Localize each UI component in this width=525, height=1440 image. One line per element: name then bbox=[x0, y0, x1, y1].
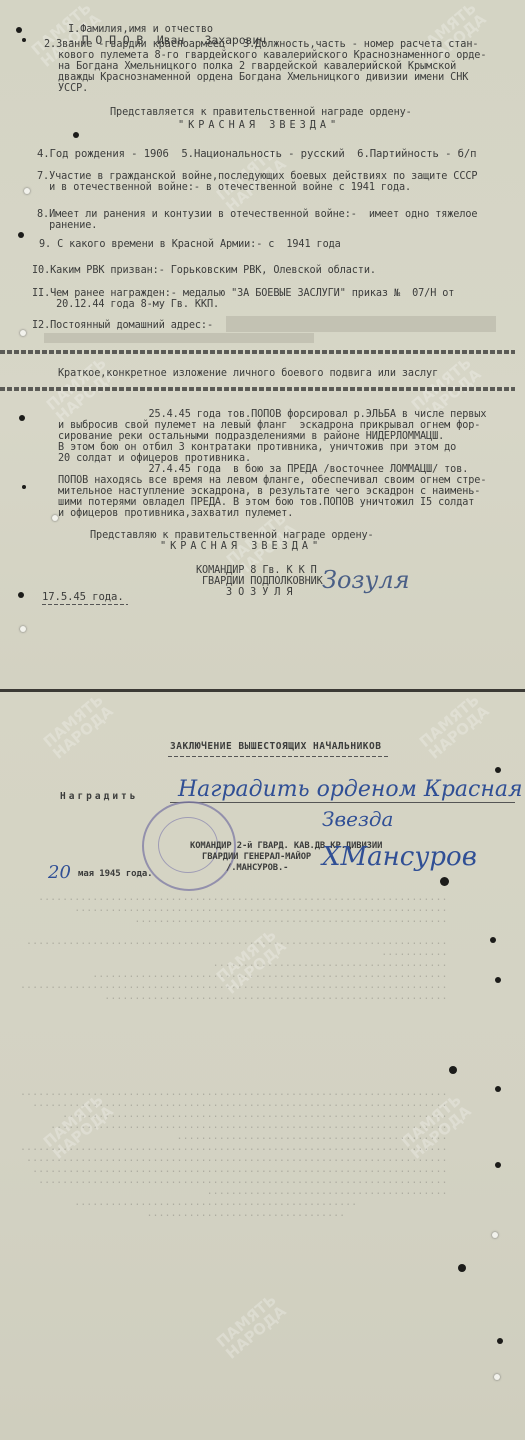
handwritten-signature: ХМансуров bbox=[322, 842, 477, 872]
award-label: Наградить bbox=[60, 792, 138, 803]
punch-hole bbox=[492, 1232, 498, 1238]
punch-hole bbox=[19, 415, 25, 421]
signatory-title: КОМАНДИР 8 Гв. К К П bbox=[196, 566, 317, 577]
redacted-address bbox=[226, 316, 496, 332]
field-war-participation-line: 7.Участие в гражданской войне,последующи… bbox=[37, 172, 477, 183]
narrative-line: В этом бою он отбил 3 контратаки противн… bbox=[58, 443, 456, 454]
field-previous-awards-line: 20.12.44 года 8-му Гв. ККП. bbox=[32, 300, 219, 311]
narrative-line: и выбросив свой пулемет на левый фланг э… bbox=[58, 421, 480, 432]
handwritten-signature: Зозуля bbox=[322, 566, 410, 594]
field-rank-position-line: 2.Звание -гвардии красноармеец 3.Должнос… bbox=[44, 40, 478, 51]
punch-hole bbox=[495, 1162, 501, 1168]
punch-hole bbox=[449, 1066, 457, 1074]
punch-hole bbox=[20, 330, 26, 336]
field-birth-nationality-party: 4.Год рождения - 1906 5.Национальность -… bbox=[37, 149, 476, 160]
punch-hole bbox=[22, 485, 26, 489]
conclusion-date: мая 1945 года. bbox=[78, 869, 152, 880]
award-field-underline bbox=[170, 802, 515, 803]
narrative-line: 25.4.45 года тов.ПОПОВ форсировал р.ЭЛЬБ… bbox=[58, 410, 486, 421]
conclusion-heading: ЗАКЛЮЧЕНИЕ ВЫШЕСТОЯЩИХ НАЧАЛЬНИКОВ bbox=[170, 742, 381, 753]
punch-hole bbox=[458, 1264, 466, 1272]
field-wounds-line: ранение. bbox=[37, 221, 97, 232]
narrative-line: сирование реки остальными подразделениям… bbox=[58, 432, 444, 443]
field-war-participation-line: и в отечественной войне:- в отечественно… bbox=[37, 183, 411, 194]
punch-hole bbox=[20, 626, 26, 632]
heading-underline bbox=[168, 756, 390, 757]
field-home-address-label: I2.Постоянный домашний адрес:- bbox=[32, 321, 213, 332]
punch-hole bbox=[495, 1086, 501, 1092]
field-service-since: 9. С какого времени в Красной Армии:- с … bbox=[39, 240, 341, 251]
handwritten-award-decision: Звезда bbox=[322, 807, 393, 831]
watermark: ПАМЯТЬНАРОДА bbox=[41, 692, 116, 762]
nomination-line: Представляется к правительственной награ… bbox=[110, 108, 412, 119]
signatory-name: /.МАНСУРОВ.- bbox=[226, 863, 288, 874]
divider bbox=[0, 387, 515, 391]
punch-hole bbox=[18, 592, 24, 598]
award-title: "КРАСНАЯ ЗВЕЗДА" bbox=[178, 121, 340, 132]
signatory-name: З О З У Л Я bbox=[226, 588, 292, 599]
award-sheet-page-1: ПАМЯТЬНАРОДА ПАМЯТЬНАРОДА ПАМЯТЬНАРОДА П… bbox=[0, 0, 525, 690]
award-sheet-page-2: ПАМЯТЬНАРОДА ПАМЯТЬНАРОДА ПАМЯТЬНАРОДА П… bbox=[0, 692, 525, 1440]
punch-hole bbox=[18, 232, 24, 238]
field-rank-position-line: кового пулемета 8-го гвардейского кавале… bbox=[58, 51, 486, 62]
punch-hole bbox=[494, 1374, 500, 1380]
narrative-line: 27.4.45 года в бою за ПРЕДА /восточнее Л… bbox=[58, 465, 468, 476]
narrative-line: 20 солдат и офицеров противника. bbox=[58, 454, 251, 465]
field-wounds-line: 8.Имеет ли ранения и контузии в отечеств… bbox=[37, 210, 477, 221]
summary-heading: Краткое,конкретное изложение личного бое… bbox=[58, 369, 438, 380]
divider bbox=[0, 350, 515, 354]
field-previous-awards-line: II.Чем ранее награжден:- медалью "ЗА БОЕ… bbox=[32, 289, 454, 300]
date-underline bbox=[42, 604, 128, 605]
field-draft-office: I0.Каким РВК призван:- Горьковским РВК, … bbox=[32, 266, 376, 277]
closing-award-title: "КРАСНАЯ ЗВЕЗДА" bbox=[160, 542, 322, 553]
watermark: ПАМЯТЬНАРОДА bbox=[417, 692, 492, 762]
submission-date: 17.5.45 года. bbox=[42, 592, 124, 603]
punch-hole bbox=[16, 27, 22, 33]
narrative-line: и офицеров противника,захватил пулемет. bbox=[58, 509, 293, 520]
punch-hole bbox=[495, 767, 501, 773]
field-rank-position-line: дважды Краснознаменной ордена Богдана Хм… bbox=[58, 73, 468, 84]
handwritten-award-decision: Наградить орденом Красная bbox=[178, 777, 523, 802]
signatory-rank: ГВАРДИИ ГЕНЕРАЛ-МАЙОР bbox=[202, 852, 311, 863]
narrative-line: мительное наступление эскадрона, в резул… bbox=[58, 487, 480, 498]
closing-nomination: Представляю к правительственной награде … bbox=[90, 531, 374, 542]
bleed-through-text: ........................................… bbox=[20, 892, 460, 1002]
field-rank-position-line: на Богдана Хмельницкого полка 2 гвардейс… bbox=[58, 62, 456, 73]
redacted-address bbox=[44, 333, 314, 343]
punch-hole bbox=[73, 132, 79, 138]
punch-hole bbox=[22, 38, 26, 42]
watermark: ПАМЯТЬНАРОДА bbox=[214, 1292, 289, 1362]
bleed-through-text: ........................................… bbox=[20, 1087, 460, 1219]
punch-hole bbox=[495, 977, 501, 983]
narrative-line: шими потерями овладел ПРЕДА. В этом бою … bbox=[58, 498, 474, 509]
punch-hole bbox=[52, 515, 58, 521]
field-rank-position-line: УССР. bbox=[58, 84, 88, 95]
narrative-line: ПОПОВ находясь все время на левом фланге… bbox=[58, 476, 486, 487]
punch-hole bbox=[24, 188, 30, 194]
punch-hole bbox=[440, 877, 449, 886]
punch-hole bbox=[490, 937, 496, 943]
handwritten-date-day: 20 bbox=[48, 862, 71, 883]
punch-hole bbox=[497, 1338, 503, 1344]
signatory-rank: ГВАРДИИ ПОДПОЛКОВНИК bbox=[202, 577, 323, 588]
